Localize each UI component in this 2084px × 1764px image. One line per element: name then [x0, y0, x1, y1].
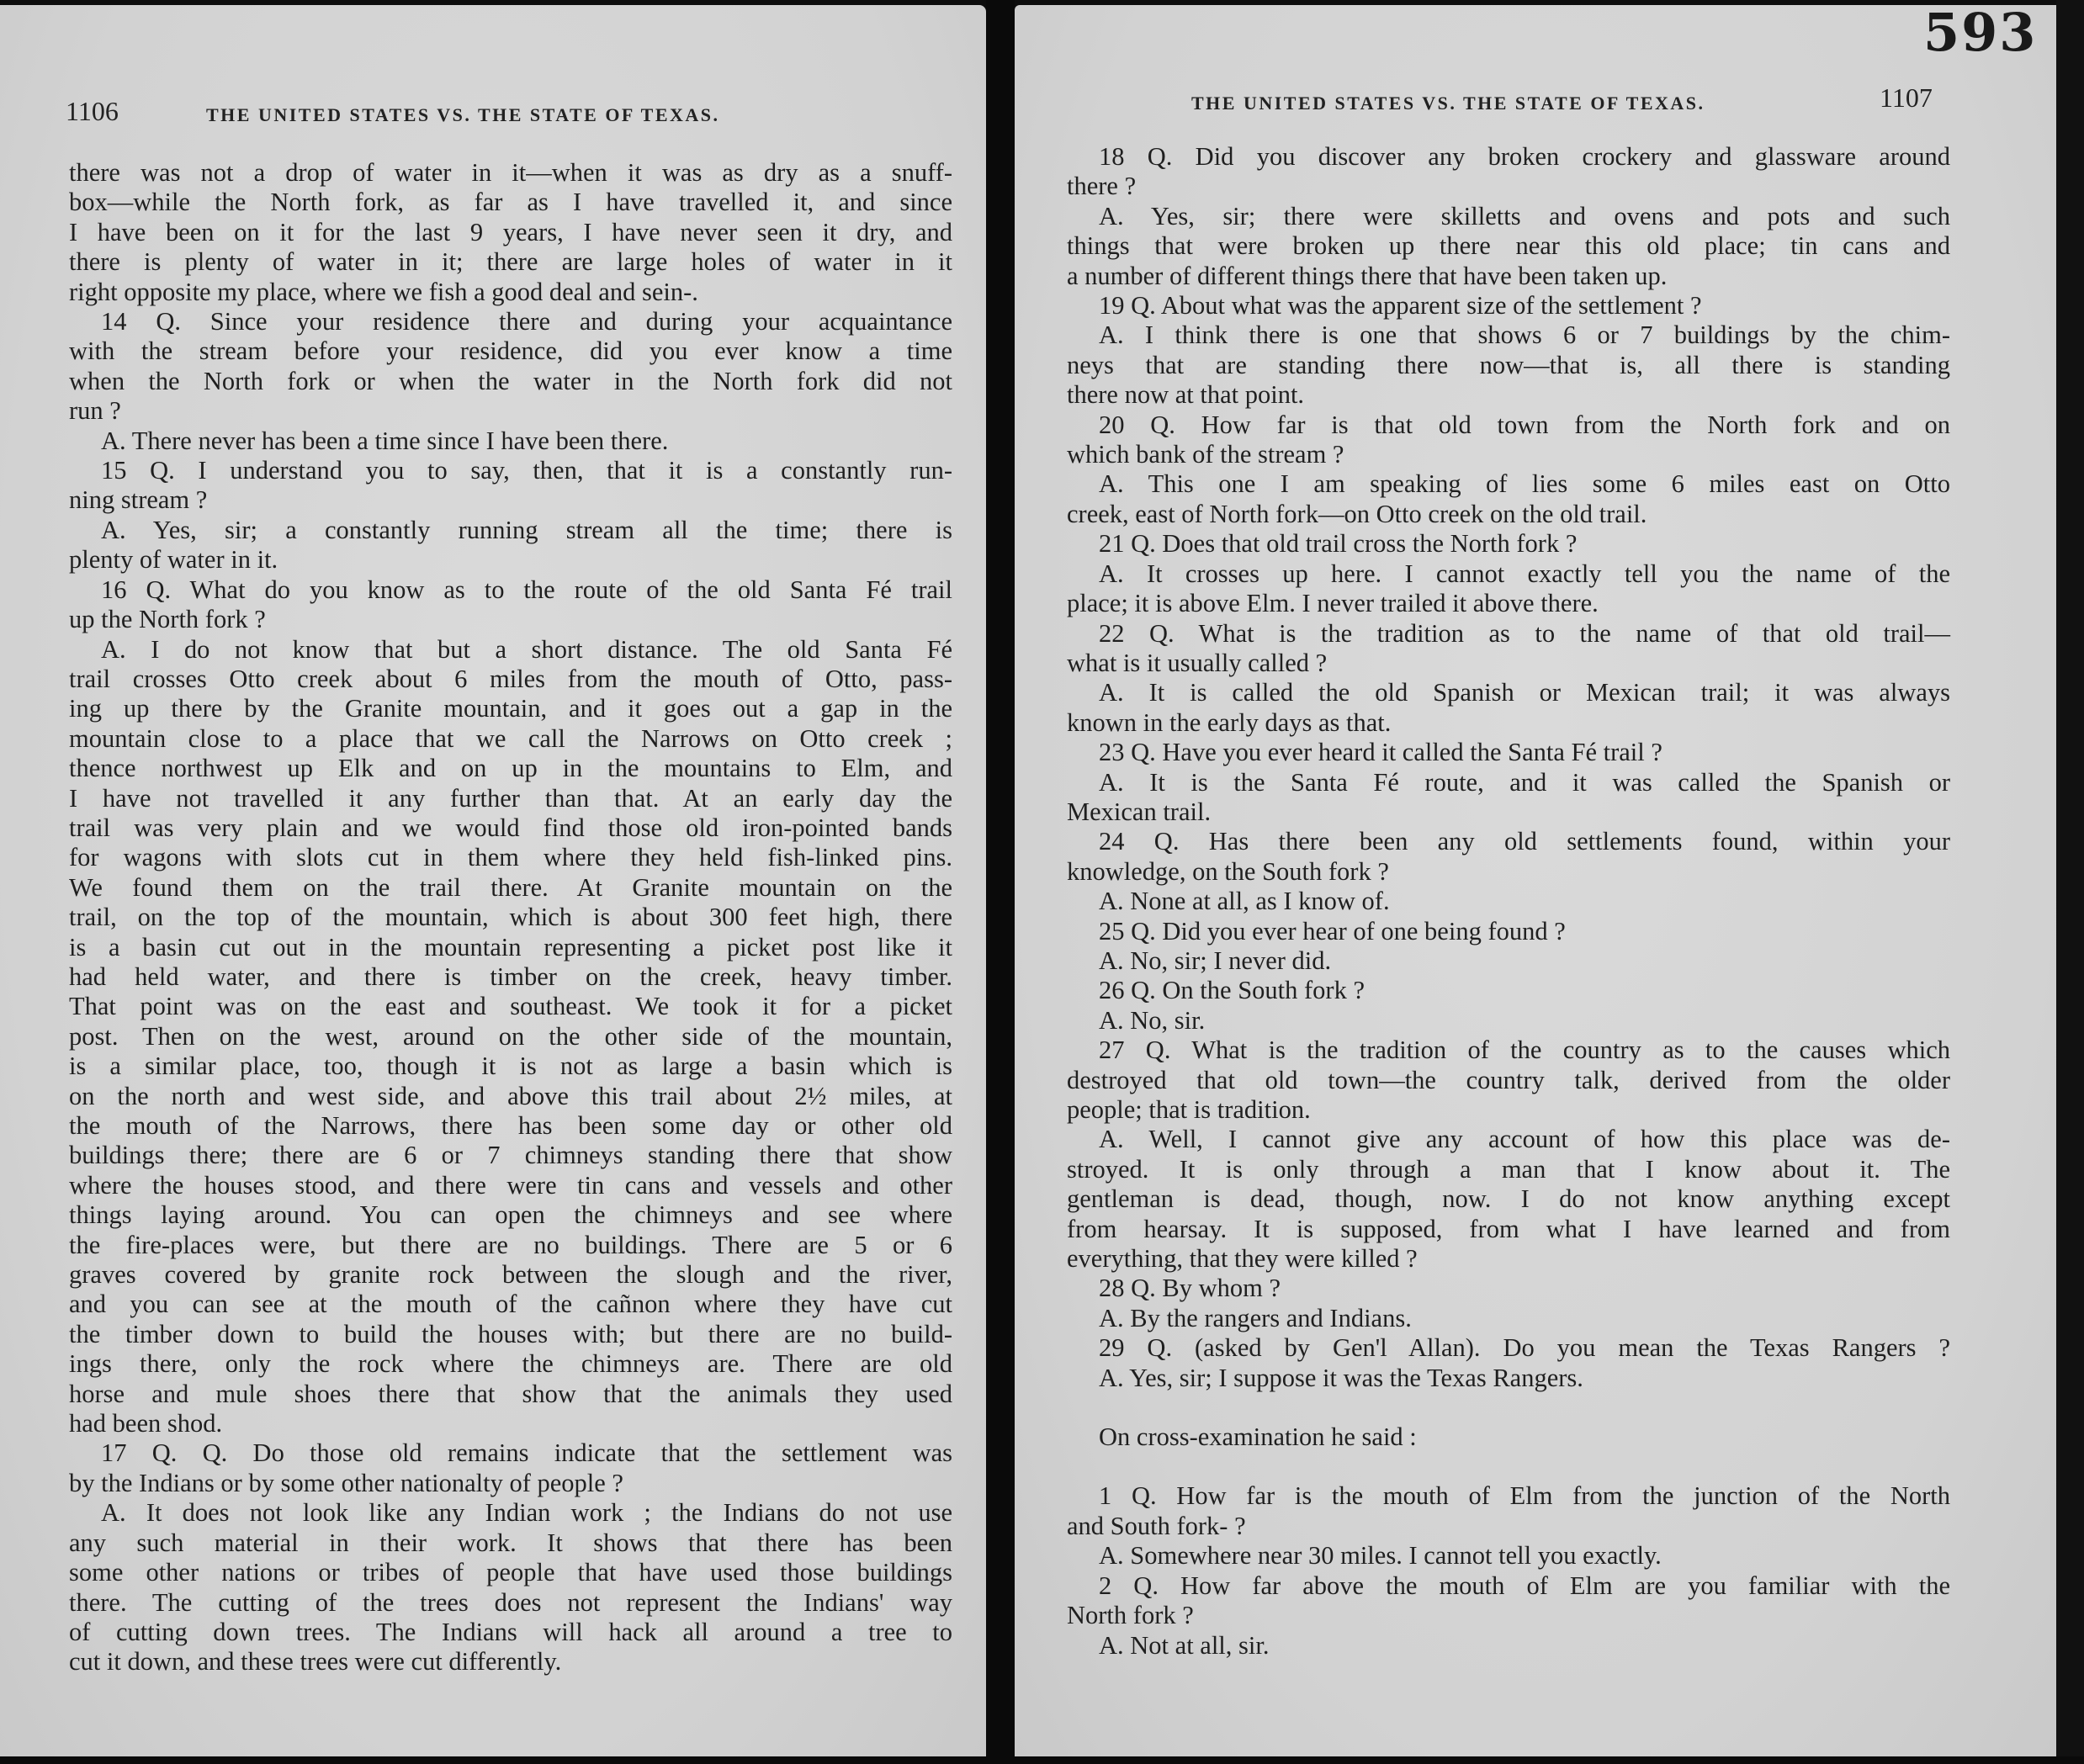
text-line: A. It crosses up here. I cannot exactly …: [1067, 559, 1950, 589]
text-line: A. Yes, sir; a constantly running stream…: [69, 516, 952, 545]
text-line: on the north and west side, and above th…: [69, 1082, 952, 1111]
text-line: there. The cutting of the trees does not…: [69, 1588, 952, 1618]
text-line: which bank of the stream ?: [1067, 440, 1950, 469]
text-line: where the houses stood, and there were t…: [69, 1171, 952, 1200]
text-line: A. No, sir.: [1067, 1006, 1950, 1036]
stamp-number: 593: [1923, 2, 2037, 63]
book-gutter: [986, 0, 1015, 1764]
text-line: had been shod.: [69, 1409, 952, 1438]
text-line: is a similar place, too, though it is no…: [69, 1052, 952, 1081]
text-line: and South fork- ?: [1067, 1512, 1950, 1541]
left-page: 1106 THE UNITED STATES VS. THE STATE OF …: [0, 5, 986, 1758]
right-page: 593 THE UNITED STATES VS. THE STATE OF T…: [1015, 5, 2056, 1758]
text-line: the timber down to build the houses with…: [69, 1320, 952, 1349]
text-line: A. Somewhere near 30 miles. I cannot tel…: [1067, 1541, 1950, 1571]
text-line: by the Indians or by some other national…: [69, 1469, 952, 1498]
text-line: trail crosses Otto creek about 6 miles f…: [69, 665, 952, 694]
text-line: A. I think there is one that shows 6 or …: [1067, 320, 1950, 350]
right-page-body: 18 Q. Did you discover any broken crocke…: [1067, 142, 1950, 1661]
text-line: A. Yes, sir; there were skilletts and ov…: [1067, 202, 1950, 231]
text-line: A. This one I am speaking of lies some 6…: [1067, 469, 1950, 499]
text-line: place; it is above Elm. I never trailed …: [1067, 589, 1950, 618]
text-line: cut it down, and these trees were cut di…: [69, 1647, 952, 1677]
text-line: trail was very plain and we would find t…: [69, 813, 952, 843]
text-line: creek, east of North fork—on Otto creek …: [1067, 500, 1950, 529]
text-line: known in the early days as that.: [1067, 708, 1950, 738]
section-heading: On cross-examination he said :: [1067, 1422, 1950, 1452]
spacer: [1067, 1452, 1950, 1481]
text-line: is a basin cut out in the mountain repre…: [69, 933, 952, 962]
text-line: the fire-places were, but there are no b…: [69, 1231, 952, 1260]
text-line: 2 Q. How far above the mouth of Elm are …: [1067, 1571, 1950, 1601]
text-line: A. I do not know that but a short distan…: [69, 635, 952, 665]
text-line: run ?: [69, 396, 952, 426]
text-line: 15 Q. I understand you to say, then, tha…: [69, 456, 952, 485]
text-line: neys that are standing there now—that is…: [1067, 351, 1950, 380]
scan-edge-bottom: [0, 1756, 2084, 1764]
text-line: what is it usually called ?: [1067, 649, 1950, 678]
text-line: A. Yes, sir; I suppose it was the Texas …: [1067, 1364, 1950, 1393]
text-line: for wagons with slots cut in them where …: [69, 843, 952, 872]
running-head-left: THE UNITED STATES VS. THE STATE OF TEXAS…: [206, 104, 720, 126]
text-line: 27 Q. What is the tradition of the count…: [1067, 1036, 1950, 1065]
text-line: stroyed. It is only through a man that I…: [1067, 1155, 1950, 1184]
text-line: A. No, sir; I never did.: [1067, 946, 1950, 976]
text-line: there ?: [1067, 172, 1950, 201]
text-line: 19 Q. About what was the apparent size o…: [1067, 291, 1950, 320]
text-line: 29 Q. (asked by Gen'l Allan). Do you mea…: [1067, 1333, 1950, 1363]
text-line: knowledge, on the South fork ?: [1067, 857, 1950, 887]
text-line: That point was on the east and southeast…: [69, 992, 952, 1021]
text-line: any such material in their work. It show…: [69, 1528, 952, 1558]
text-line: A. It does not look like any Indian work…: [69, 1498, 952, 1528]
page-number-left: 1106: [66, 96, 119, 127]
text-line: 21 Q. Does that old trail cross the Nort…: [1067, 529, 1950, 559]
text-line: plenty of water in it.: [69, 545, 952, 575]
left-page-body: there was not a drop of water in it—when…: [69, 158, 952, 1677]
text-line: from hearsay. It is supposed, from what …: [1067, 1215, 1950, 1244]
text-line: I have not travelled it any further than…: [69, 784, 952, 813]
spacer: [1067, 1393, 1950, 1422]
text-line: 24 Q. Has there been any old settlements…: [1067, 827, 1950, 856]
text-line: destroyed that old town—the country talk…: [1067, 1066, 1950, 1095]
text-line: A. It is called the old Spanish or Mexic…: [1067, 678, 1950, 707]
text-line: 26 Q. On the South fork ?: [1067, 976, 1950, 1005]
text-line: 28 Q. By whom ?: [1067, 1274, 1950, 1303]
page-number-right: 1107: [1880, 82, 1933, 114]
text-line: ings there, only the rock where the chim…: [69, 1349, 952, 1379]
text-line: A. There never has been a time since I h…: [69, 426, 952, 456]
text-line: there was not a drop of water in it—when…: [69, 158, 952, 188]
text-line: everything, that they were killed ?: [1067, 1244, 1950, 1274]
text-line: and you can see at the mouth of the cañn…: [69, 1290, 952, 1319]
text-line: when the North fork or when the water in…: [69, 367, 952, 396]
text-line: 16 Q. What do you know as to the route o…: [69, 575, 952, 605]
text-line: up the North fork ?: [69, 605, 952, 634]
text-line: had held water, and there is timber on t…: [69, 962, 952, 992]
text-line: 25 Q. Did you ever hear of one being fou…: [1067, 917, 1950, 946]
text-line: ing up there by the Granite mountain, an…: [69, 694, 952, 723]
text-line: trail, on the top of the mountain, which…: [69, 903, 952, 932]
text-line: A. It is the Santa Fé route, and it was …: [1067, 768, 1950, 797]
text-line: A. By the rangers and Indians.: [1067, 1304, 1950, 1333]
text-line: 20 Q. How far is that old town from the …: [1067, 411, 1950, 440]
text-line: there now at that point.: [1067, 380, 1950, 410]
text-line: graves covered by granite rock between t…: [69, 1260, 952, 1290]
text-line: Mexican trail.: [1067, 797, 1950, 827]
text-line: I have been on it for the last 9 years, …: [69, 218, 952, 247]
text-line: horse and mule shoes there that show tha…: [69, 1380, 952, 1409]
text-line: mountain close to a place that we call t…: [69, 724, 952, 754]
text-line: 23 Q. Have you ever heard it called the …: [1067, 738, 1950, 767]
text-line: 17 Q. Q. Do those old remains indicate t…: [69, 1438, 952, 1468]
text-line: 1 Q. How far is the mouth of Elm from th…: [1067, 1481, 1950, 1511]
scan-edge-right: [2056, 0, 2084, 1764]
text-line: there is plenty of water in it; there ar…: [69, 247, 952, 277]
text-line: A. None at all, as I know of.: [1067, 887, 1950, 916]
text-line: A. Not at all, sir.: [1067, 1631, 1950, 1661]
text-line: of cutting down trees. The Indians will …: [69, 1618, 952, 1647]
text-line: A. Well, I cannot give any account of ho…: [1067, 1125, 1950, 1154]
text-line: people; that is tradition.: [1067, 1095, 1950, 1125]
text-line: buildings there; there are 6 or 7 chimne…: [69, 1141, 952, 1170]
text-line: gentleman is dead, though, now. I do not…: [1067, 1184, 1950, 1214]
text-line: North fork ?: [1067, 1601, 1950, 1630]
text-line: thence northwest up Elk and on up in the…: [69, 754, 952, 783]
text-line: post. Then on the west, around on the ot…: [69, 1022, 952, 1052]
text-line: 14 Q. Since your residence there and dur…: [69, 307, 952, 336]
text-line: a number of different things there that …: [1067, 262, 1950, 291]
running-head-right: THE UNITED STATES VS. THE STATE OF TEXAS…: [1191, 93, 1705, 114]
text-line: box—while the North fork, as far as I ha…: [69, 188, 952, 217]
text-line: things laying around. You can open the c…: [69, 1200, 952, 1230]
text-line: with the stream before your residence, d…: [69, 336, 952, 366]
text-line: some other nations or tribes of people t…: [69, 1558, 952, 1587]
text-line: right opposite my place, where we fish a…: [69, 278, 952, 307]
text-line: 18 Q. Did you discover any broken crocke…: [1067, 142, 1950, 172]
text-line: the mouth of the Narrows, there has been…: [69, 1111, 952, 1141]
text-line: things that were broken up there near th…: [1067, 231, 1950, 261]
text-line: ning stream ?: [69, 485, 952, 515]
text-line: We found them on the trail there. At Gra…: [69, 873, 952, 903]
text-line: 22 Q. What is the tradition as to the na…: [1067, 619, 1950, 649]
